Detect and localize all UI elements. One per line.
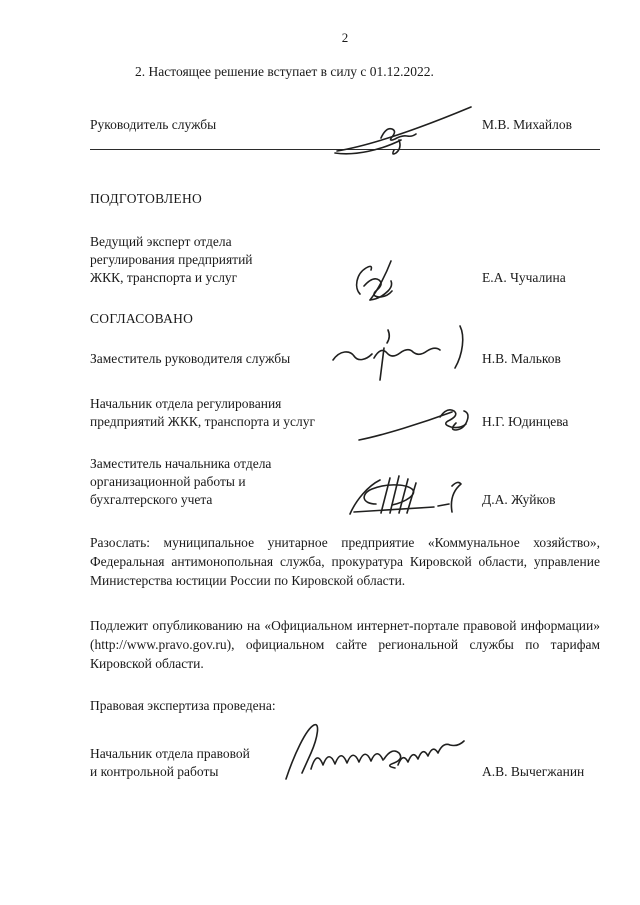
signer-name: М.В. Михайлов: [482, 116, 600, 134]
role-label: Заместитель начальника отдела организаци…: [90, 455, 482, 509]
signer-name: Д.А. Жуйков: [482, 491, 600, 509]
distribution-paragraph: Разослать: муниципальное унитарное предп…: [90, 533, 600, 590]
signer-name: Е.А. Чучалина: [482, 269, 600, 287]
signature-row-head: Руководитель службы М.В. Михайлов: [90, 116, 600, 134]
signature-row-zhuikov: Заместитель начальника отдела организаци…: [90, 455, 600, 509]
signature-row-chuchalina: Ведущий эксперт отдела регулирования пре…: [90, 233, 600, 287]
role-label: Руководитель службы: [90, 116, 482, 134]
separator-line: [90, 149, 600, 150]
agreed-heading: СОГЛАСОВАНО: [90, 310, 600, 328]
signer-name: Н.В. Мальков: [482, 350, 600, 368]
prepared-heading: ПОДГОТОВЛЕНО: [90, 190, 600, 208]
role-label: Начальник отдела регулирования предприят…: [90, 395, 482, 431]
page-number: 2: [90, 0, 600, 47]
role-label: Заместитель руководителя службы: [90, 350, 482, 368]
legal-review-heading: Правовая экспертиза проведена:: [90, 697, 600, 715]
signature-row-malkov: Заместитель руководителя службы Н.В. Мал…: [90, 350, 600, 368]
signer-name: А.В. Вычегжанин: [482, 763, 600, 781]
role-label: Начальник отдела правовой и контрольной …: [90, 745, 482, 781]
signer-name: Н.Г. Юдинцева: [482, 413, 600, 431]
signature-row-yudintseva: Начальник отдела регулирования предприят…: [90, 395, 600, 431]
document-page: 2 2. Настоящее решение вступает в силу с…: [0, 0, 640, 905]
role-label: Ведущий эксперт отдела регулирования пре…: [90, 233, 482, 287]
clause-paragraph: 2. Настоящее решение вступает в силу с 0…: [90, 63, 600, 81]
signature-row-vychegzhanin: Начальник отдела правовой и контрольной …: [90, 745, 600, 781]
publication-paragraph: Подлежит опубликованию на «Официальном и…: [90, 616, 600, 673]
document-content: 2 2. Настоящее решение вступает в силу с…: [90, 0, 600, 781]
